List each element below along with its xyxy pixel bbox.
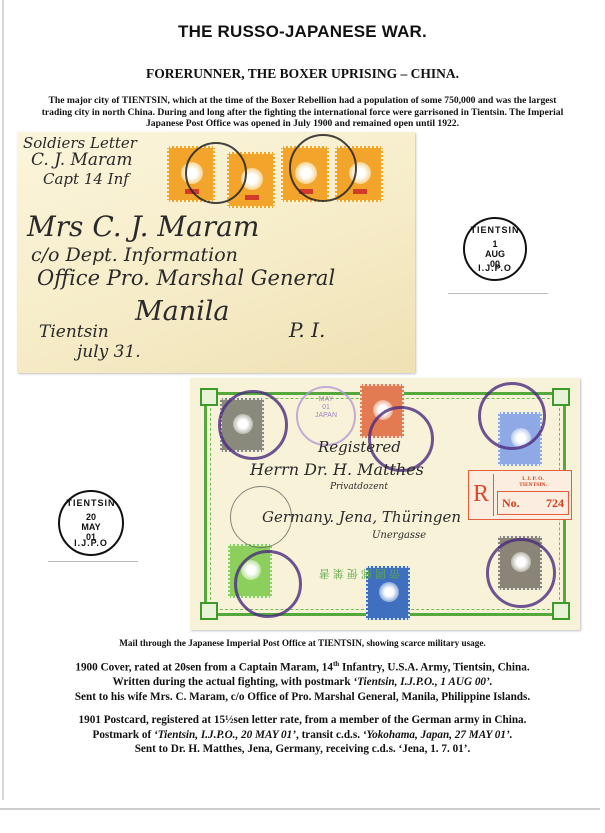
frame-corner <box>200 602 218 620</box>
text-span: Postmark of <box>93 729 155 741</box>
postmark-bottom-text: I.J.P.O <box>465 263 525 273</box>
registration-office-line: TIENTSIN. <box>495 482 571 488</box>
postmark-top-text: TIENTSIN <box>465 225 525 235</box>
transit-mark-yokohama: MAY 01 JAPAN <box>296 386 356 446</box>
cover-address-line: c/o Dept. Information <box>31 244 238 266</box>
postmark-month: AUG <box>465 249 525 259</box>
postmark-bottom-text: I.J.P.O <box>60 538 122 548</box>
postmark-tientsin-1900: TIENTSIN 1 AUG 00 I.J.P.O <box>463 217 527 281</box>
transit-month: MAY <box>298 396 354 404</box>
divider <box>448 293 548 294</box>
cover-address-line: Manila <box>135 296 230 327</box>
frame-corner <box>552 602 570 620</box>
postcard-address-line: Registered <box>318 438 401 456</box>
chrysanthemum-icon <box>379 582 399 602</box>
page-title: THE RUSSO-JAPANESE WAR. <box>0 22 605 42</box>
description-1901: 1901 Postcard, registered at 15½sen lett… <box>20 713 585 757</box>
postmark-day: 1 <box>465 239 525 249</box>
figure-caption: Mail through the Japanese Imperial Post … <box>0 638 605 648</box>
cancel-mark-tientsin <box>478 382 546 450</box>
registration-office: I. J. P. O. TIENTSIN. <box>495 476 571 488</box>
stamp-value-mark <box>245 195 259 200</box>
description-line: Sent to his wife Mrs. C. Maram, c/o Offi… <box>20 690 585 705</box>
registration-number: 724 <box>546 496 564 511</box>
frame-corner <box>552 388 570 406</box>
frame-corner <box>200 388 218 406</box>
italic-postmark-text: ‘Tientsin, I.J.P.O., 1 AUG 00’. <box>353 676 492 688</box>
divider <box>48 561 138 562</box>
registration-letter: R <box>473 481 489 508</box>
cancel-mark <box>185 142 247 204</box>
postmark-top-text: TIENTSIN <box>60 498 122 508</box>
page-border-left <box>2 0 4 800</box>
description-1900: 1900 Cover, rated at 20sen from a Captai… <box>20 657 585 705</box>
label-separator <box>493 474 494 516</box>
cover-1900-image: Soldiers Letter C. J. Maram Capt 14 Inf … <box>17 132 415 373</box>
cancel-mark <box>289 134 357 202</box>
cover-address-line: Mrs C. J. Maram <box>27 210 259 243</box>
description-line: Sent to Dr. H. Matthes, Jena, Germany, r… <box>20 742 585 757</box>
postmark-day: 20 <box>60 512 122 522</box>
cover-address-line: Office Pro. Marshal General <box>37 266 335 290</box>
transit-country: JAPAN <box>298 412 354 420</box>
cancel-mark-tientsin <box>234 550 302 618</box>
postmark-month: MAY <box>60 522 122 532</box>
cancel-mark-tientsin <box>486 538 556 608</box>
description-line: 1901 Postcard, registered at 15½sen lett… <box>20 713 585 728</box>
postcard-address-line: Herrn Dr. H. Matthes <box>250 460 424 479</box>
registration-number-box: No. 724 <box>497 491 569 515</box>
postmark-tientsin-1901: TIENTSIN 20 MAY 01 I.J.P.O <box>58 490 124 556</box>
text-span: Infantry, U.S.A. Army, Tientsin, China. <box>339 662 529 674</box>
postcard-address-line: Unergasse <box>372 530 426 541</box>
italic-postmark-text: ‘Tientsin, I.J.P.O., 20 MAY 01’ <box>154 729 296 741</box>
stamp-value-mark <box>353 189 367 194</box>
text-span: Written during the actual fighting, with… <box>112 676 353 688</box>
cover-address-line: P. I. <box>289 318 325 342</box>
cancel-mark-tientsin <box>218 390 288 460</box>
registration-no-label: No. <box>502 496 520 511</box>
cover-origin-line: Tientsin <box>39 322 109 342</box>
postcard-address-line: Privatdozent <box>330 482 388 492</box>
postcard-printed-text: 帝國郵便葉書 <box>316 566 400 582</box>
transit-year: 01 <box>298 404 354 412</box>
description-line: 1900 Cover, rated at 20sen from a Captai… <box>20 657 585 675</box>
description-line: Written during the actual fighting, with… <box>20 675 585 690</box>
intro-paragraph: The major city of TIENTSIN, which at the… <box>40 95 565 130</box>
page-border-bottom <box>0 808 600 810</box>
text-span: 1900 Cover, rated at 20sen from a Captai… <box>75 662 333 674</box>
postcard-1901-image: MAY 01 JAPAN Registered Herrn Dr. H. Mat… <box>190 378 580 630</box>
transit-mark-text: MAY 01 JAPAN <box>298 396 354 420</box>
italic-postmark-text: ‘Yokohama, Japan, 27 MAY 01’. <box>363 729 513 741</box>
text-span: , transit c.d.s. <box>296 729 363 741</box>
cover-sender-line: C. J. Maram <box>31 150 132 170</box>
page-subtitle: FORERUNNER, THE BOXER UPRISING – CHINA. <box>0 66 605 82</box>
postcard-address-line: Germany. Jena, Thüringen <box>262 508 461 526</box>
registration-label: R I. J. P. O. TIENTSIN. No. 724 <box>468 470 572 520</box>
cover-sender-line: Capt 14 Inf <box>43 170 129 188</box>
cover-origin-line: july 31. <box>77 342 141 362</box>
description-line: Postmark of ‘Tientsin, I.J.P.O., 20 MAY … <box>20 728 585 743</box>
